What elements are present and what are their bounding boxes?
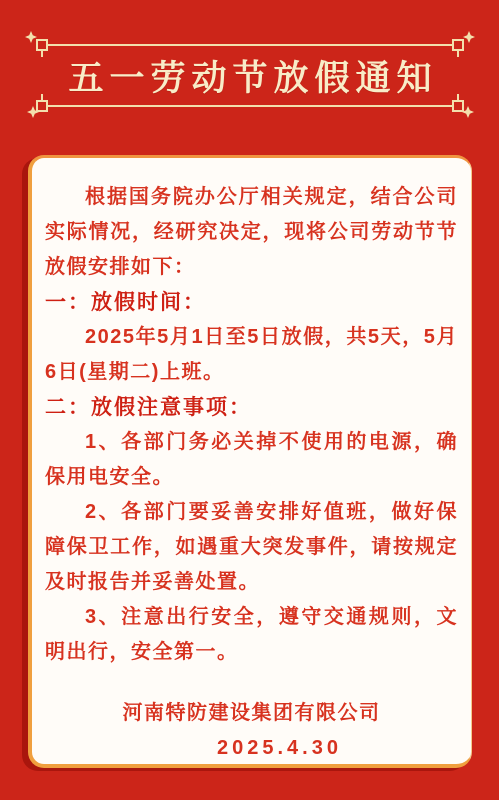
precaution-item-3: 3、注意出行安全，遵守交通规则，文明出行，安全第一。	[45, 600, 458, 670]
section-heading-holiday-time: 一：放假时间：	[45, 285, 458, 320]
page-title: 五一劳动节放假通知	[28, 36, 472, 116]
signature-block: 河南特防建设集团有限公司 2025.4.30	[45, 696, 458, 766]
notice-date: 2025.4.30	[73, 731, 472, 766]
holiday-time-paragraph: 2025年5月1日至5日放假，共5天，5月6日(星期二)上班。	[45, 320, 458, 390]
precaution-item-2: 2、各部门要妥善安排好值班，做好保障保卫工作，如遇重大突发事件，请按规定及时报告…	[45, 495, 458, 600]
company-signature: 河南特防建设集团有限公司	[45, 696, 458, 731]
notice-card: 根据国务院办公厅相关规定，结合公司实际情况，经研究决定，现将公司劳动节节放假安排…	[28, 155, 472, 768]
notice-intro: 根据国务院办公厅相关规定，结合公司实际情况，经研究决定，现将公司劳动节节放假安排…	[45, 180, 458, 285]
section-heading-precautions: 二：放假注意事项：	[45, 390, 458, 425]
precaution-item-1: 1、各部门务必关掉不使用的电源，确保用电安全。	[45, 425, 458, 495]
title-banner: 五一劳动节放假通知	[28, 36, 472, 116]
holiday-notice-poster: 五一劳动节放假通知 根据国务院办公厅相关规定，结合公司实际情况，经研究决定，现将…	[0, 0, 499, 800]
